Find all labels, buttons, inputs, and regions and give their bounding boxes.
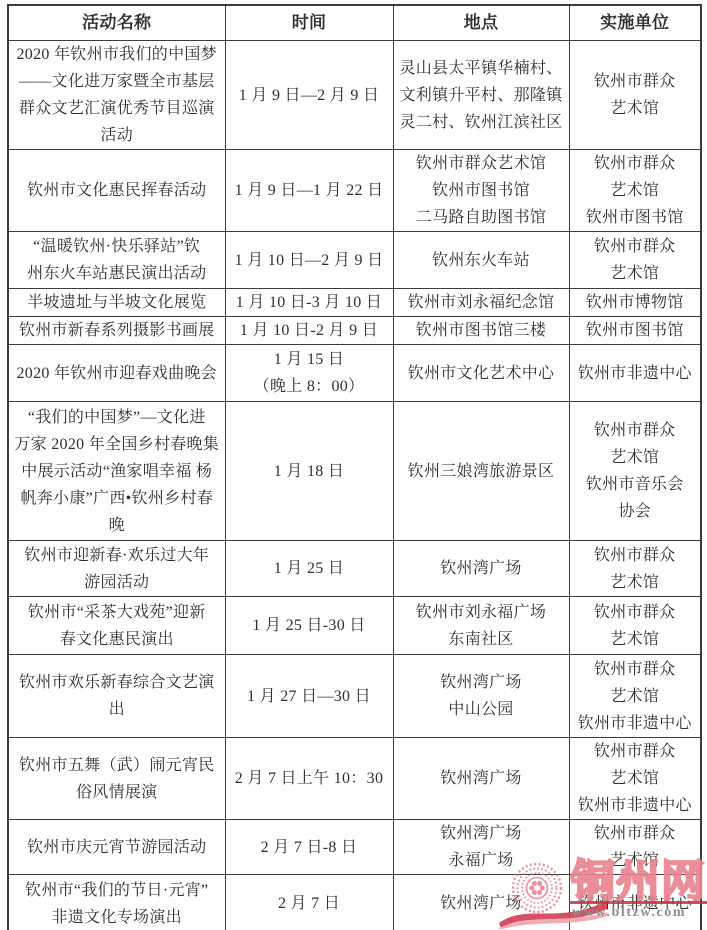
activity-name-cell: 钦州市“采茶大戏苑”迎新 春文化惠民演出 (8, 597, 225, 655)
unit-cell: 钦州市群众 艺术馆 钦州市音乐会 协会 (569, 402, 701, 541)
table-row: “我们的中国梦”—文化进 万家 2020 年全国乡村春晚集 中展示活动“渔家唱幸… (8, 402, 701, 541)
column-header-location: 地点 (393, 5, 569, 41)
location-cell: 钦州市图书馆三楼 (393, 317, 569, 345)
table-row: “温暖钦州·快乐驿站”钦 州东火车站惠民演出活动 1 月 10 日—2 月 9 … (8, 232, 701, 289)
time-cell: 1 月 9 日—1 月 22 日 (225, 150, 393, 232)
location-cell: 钦州市刘永福广场 东南社区 (393, 597, 569, 655)
activity-name-cell: 钦州市庆元宵节游园活动 (8, 820, 225, 875)
time-cell: 1 月 10 日-3 月 10 日 (225, 289, 393, 317)
unit-cell: 钦州市群众 艺术馆 (569, 541, 701, 597)
unit-cell: 钦州市图书馆 (569, 317, 701, 345)
location-cell: 钦州市刘永福纪念馆 (393, 289, 569, 317)
activity-name-cell: 钦州市迎新春·欢乐过大年 游园活动 (8, 541, 225, 597)
time-cell: 2 月 7 日 (225, 875, 393, 930)
unit-cell: 钦州市群众 艺术馆 钦州市非遗中心 (569, 738, 701, 820)
activity-name-cell: 2020 年钦州市我们的中国梦 ——文化进万家暨全市基层 群众文艺汇演优秀节目巡… (8, 41, 225, 150)
location-cell: 钦州湾广场 中山公园 (393, 655, 569, 738)
location-cell: 钦州市文化艺术中心 (393, 345, 569, 402)
location-cell: 钦州湾广场 (393, 738, 569, 820)
location-cell: 钦州湾广场 永福广场 (393, 820, 569, 875)
unit-cell: 钦州市群众 艺术馆 (569, 820, 701, 875)
time-cell: 2 月 7 日-8 日 (225, 820, 393, 875)
table-row: 钦州市文化惠民挥春活动 1 月 9 日—1 月 22 日 钦州市群众艺术馆 钦州… (8, 150, 701, 232)
location-cell: 钦州湾广场 (393, 875, 569, 930)
activity-name-cell: 半坡遗址与半坡文化展览 (8, 289, 225, 317)
table-row: 半坡遗址与半坡文化展览 1 月 10 日-3 月 10 日 钦州市刘永福纪念馆 … (8, 289, 701, 317)
location-cell: 灵山县太平镇华楠村、 文利镇升平村、那隆镇 灵二村、钦州江滨社区 (393, 41, 569, 150)
activity-name-cell: 2020 年钦州市迎春戏曲晚会 (8, 345, 225, 402)
activity-name-cell: “我们的中国梦”—文化进 万家 2020 年全国乡村春晚集 中展示活动“渔家唱幸… (8, 402, 225, 541)
location-cell: 钦州市群众艺术馆 钦州市图书馆 二马路自助图书馆 (393, 150, 569, 232)
table-row: 钦州市庆元宵节游园活动 2 月 7 日-8 日 钦州湾广场 永福广场 钦州市群众… (8, 820, 701, 875)
time-cell: 2 月 7 日上午 10：30 (225, 738, 393, 820)
table-row: 2020 年钦州市我们的中国梦 ——文化进万家暨全市基层 群众文艺汇演优秀节目巡… (8, 41, 701, 150)
unit-cell: 钦州市群众 艺术馆 (569, 41, 701, 150)
activity-name-cell: 钦州市新春系列摄影书画展 (8, 317, 225, 345)
time-cell: 1 月 9 日—2 月 9 日 (225, 41, 393, 150)
table-row: 2020 年钦州市迎春戏曲晚会 1 月 15 日 （晚上 8：00） 钦州市文化… (8, 345, 701, 402)
table-row: 钦州市欢乐新春综合文艺演 出 1 月 27 日—30 日 钦州湾广场 中山公园 … (8, 655, 701, 738)
column-header-time: 时间 (225, 5, 393, 41)
activity-name-cell: 钦州市文化惠民挥春活动 (8, 150, 225, 232)
time-cell: 1 月 25 日-30 日 (225, 597, 393, 655)
activity-name-cell: 钦州市“我们的节日·元宵” 非遗文化专场演出 (8, 875, 225, 930)
unit-cell: 钦州市群众 艺术馆 钦州市图书馆 (569, 150, 701, 232)
activity-name-cell: 钦州市五舞（武）闹元宵民 俗风情展演 (8, 738, 225, 820)
time-cell: 1 月 27 日—30 日 (225, 655, 393, 738)
time-cell: 1 月 10 日—2 月 9 日 (225, 232, 393, 289)
unit-cell: 钦州市群众 艺术馆 (569, 597, 701, 655)
location-cell: 钦州东火车站 (393, 232, 569, 289)
unit-cell: 钦州市群众 艺术馆 钦州市非遗中心 (569, 655, 701, 738)
column-header-activity-name: 活动名称 (8, 5, 225, 41)
activity-name-cell: 钦州市欢乐新春综合文艺演 出 (8, 655, 225, 738)
column-header-unit: 实施单位 (569, 5, 701, 41)
time-cell: 1 月 15 日 （晚上 8：00） (225, 345, 393, 402)
unit-cell: 钦州市非遗中心 (569, 345, 701, 402)
table-row: 钦州市“我们的节日·元宵” 非遗文化专场演出 2 月 7 日 钦州湾广场 钦州市… (8, 875, 701, 930)
events-table: 活动名称 时间 地点 实施单位 2020 年钦州市我们的中国梦 ——文化进万家暨… (7, 4, 702, 930)
table-body: 2020 年钦州市我们的中国梦 ——文化进万家暨全市基层 群众文艺汇演优秀节目巡… (8, 41, 701, 930)
activity-name-cell: “温暖钦州·快乐驿站”钦 州东火车站惠民演出活动 (8, 232, 225, 289)
table-row: 钦州市新春系列摄影书画展 1 月 10 日-2 月 9 日 钦州市图书馆三楼 钦… (8, 317, 701, 345)
unit-cell: 钦州市博物馆 (569, 289, 701, 317)
table-row: 钦州市五舞（武）闹元宵民 俗风情展演 2 月 7 日上午 10：30 钦州湾广场… (8, 738, 701, 820)
time-cell: 1 月 18 日 (225, 402, 393, 541)
time-cell: 1 月 10 日-2 月 9 日 (225, 317, 393, 345)
table-row: 钦州市“采茶大戏苑”迎新 春文化惠民演出 1 月 25 日-30 日 钦州市刘永… (8, 597, 701, 655)
location-cell: 钦州湾广场 (393, 541, 569, 597)
location-cell: 钦州三娘湾旅游景区 (393, 402, 569, 541)
unit-cell: 钦州市群众 艺术馆 (569, 232, 701, 289)
header-row: 活动名称 时间 地点 实施单位 (8, 5, 701, 41)
unit-cell: 钦州市非遗中心 (569, 875, 701, 930)
table-row: 钦州市迎新春·欢乐过大年 游园活动 1 月 25 日 钦州湾广场 钦州市群众 艺… (8, 541, 701, 597)
time-cell: 1 月 25 日 (225, 541, 393, 597)
